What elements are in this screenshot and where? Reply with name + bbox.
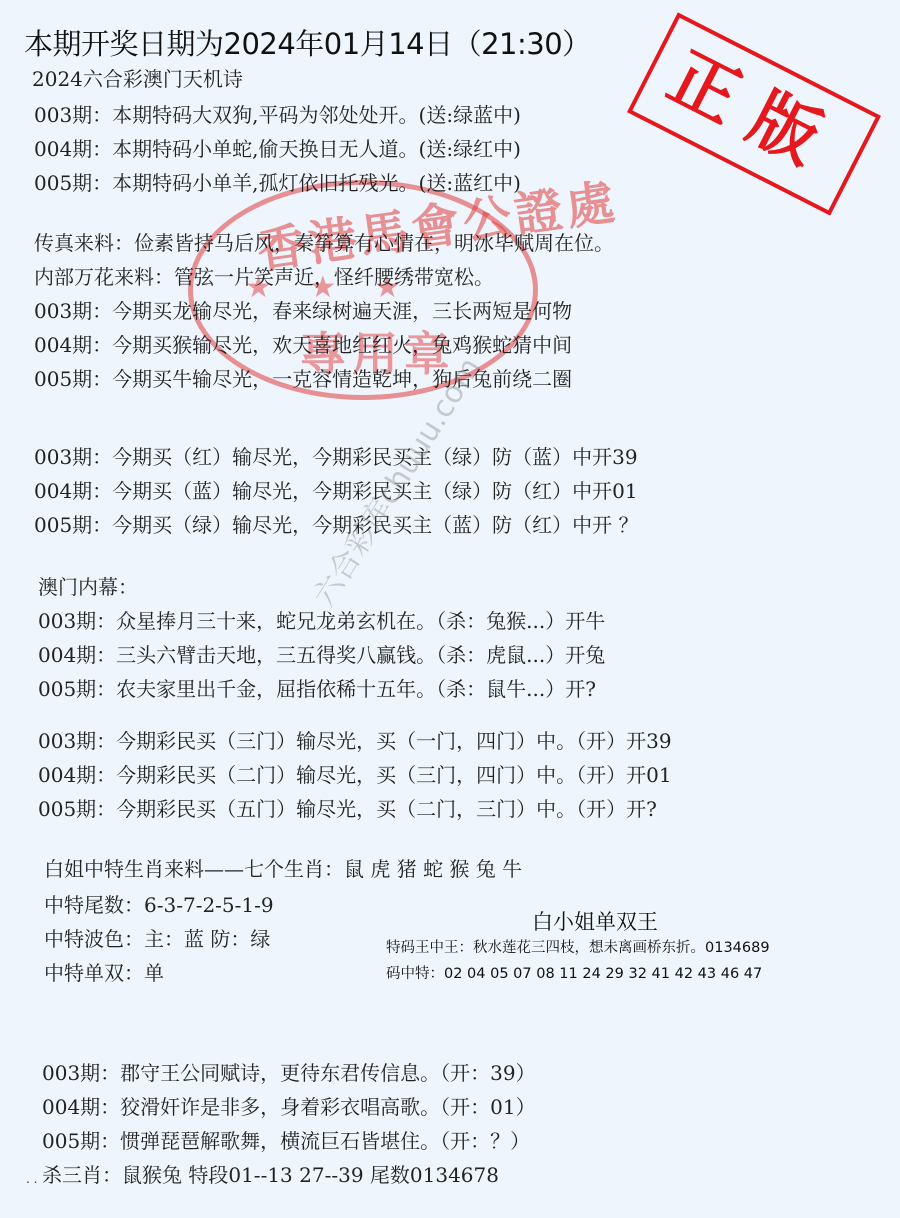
poem-line: 003期：本期特码大双狗,平码为邻处处开。(送:绿蓝中): [34, 98, 521, 132]
inside-line: 003期：众星捧月三十来，蛇兄龙弟玄机在。（杀：兔猴...）开牛: [38, 604, 605, 638]
poem-line: 005期：今期买牛输尽光，一克容情造乾坤，狗后兔前绕二圈: [34, 362, 572, 396]
tail-number-line: 中特尾数：6-3-7-2-5-1-9: [44, 888, 274, 922]
door-line: 005期：今期彩民买（五门）输尽光，买（二门，三门）中。（开）开?: [38, 792, 657, 826]
box-line-king: 特码王中王：秋水莲花三四枝，想未离画桥东折。0134689: [386, 936, 770, 957]
genuine-stamp: 正版: [627, 12, 881, 215]
poem-line: 003期：郡守王公同赋诗，更待东君传信息。（开：39）: [42, 1056, 536, 1090]
door-line: 004期：今期彩民买（二门）输尽光，买（三门，四门）中。（开）开01: [38, 758, 672, 792]
door-line: 003期：今期彩民买（三门）输尽光，买（一门，四门）中。（开）开39: [38, 724, 672, 758]
poem-line: 005期：惯弹琵琶解歌舞，横流巨石皆堪住。（开：？）: [42, 1124, 530, 1158]
kill-three-line: 杀三肖：鼠猴兔 特段01--13 27--39 尾数0134678: [42, 1158, 499, 1192]
color-line: 004期：今期买（蓝）输尽光，今期彩民买主（绿）防（红）中开01: [34, 474, 638, 508]
poem-line: 004期：今期买猴输尽光，欢天喜地红红火，兔鸡猴蛇猜中间: [34, 328, 572, 362]
footer-dots: . .: [26, 1172, 37, 1186]
poem-line: 004期：本期特码小单蛇,偷天换日无人道。(送:绿红中): [34, 132, 521, 166]
wave-color-line: 中特波色：主：蓝 防：绿: [44, 922, 270, 956]
box-line-numbers: 码中特：02 04 05 07 08 11 24 29 32 41 42 43 …: [386, 962, 762, 983]
inside-line: 内部万花来料：管弦一片笑声近，怪纤腰绣带宽松。: [34, 260, 494, 294]
poem-line: 005期：本期特码小单羊,孤灯依旧托残光。(送:蓝红中): [34, 166, 521, 200]
inside-line: 004期：三头六臂击天地，三五得奖八赢钱。（杀：虎鼠...）开兔: [38, 638, 605, 672]
section-heading: 澳门内幕：: [38, 570, 138, 604]
page-title: 本期开奖日期为2024年01月14日（21:30）: [24, 22, 591, 63]
poem-line: 003期：今期买龙输尽光，春来绿树遍天涯，三长两短是何物: [34, 294, 572, 328]
poem-line: 004期：狡滑奸诈是非多，身着彩衣唱高歌。（开：01）: [42, 1090, 536, 1124]
subtitle: 2024六合彩澳门天机诗: [32, 62, 243, 96]
box-title: 白小姐单双王: [532, 906, 658, 936]
color-line: 003期：今期买（红）输尽光，今期彩民买主（绿）防（蓝）中开39: [34, 440, 638, 474]
odd-even-line: 中特单双：单: [44, 956, 164, 990]
inside-line: 005期：农夫家里出千金，屈指依稀十五年。（杀：鼠牛...）开?: [38, 672, 596, 706]
fax-line: 传真来料：俭素皆持马后风，秦筝算有心情在，明冰毕赋周在位。: [34, 226, 614, 260]
zodiac-line: 白姐中特生肖来料——七个生肖：鼠 虎 猪 蛇 猴 兔 牛: [44, 852, 522, 886]
